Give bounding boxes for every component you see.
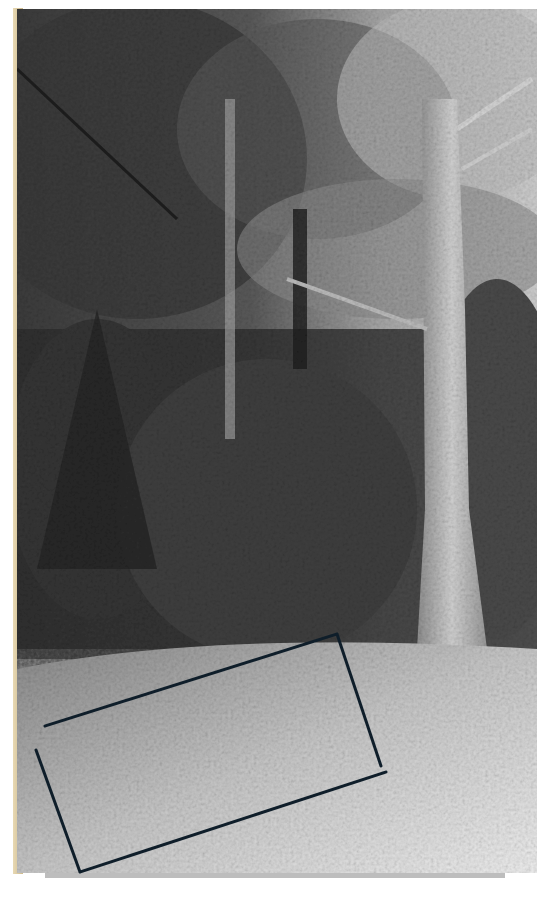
- forest-photograph: [17, 9, 537, 873]
- print-bottom-strip: [45, 873, 505, 878]
- photo-scene: [17, 9, 537, 873]
